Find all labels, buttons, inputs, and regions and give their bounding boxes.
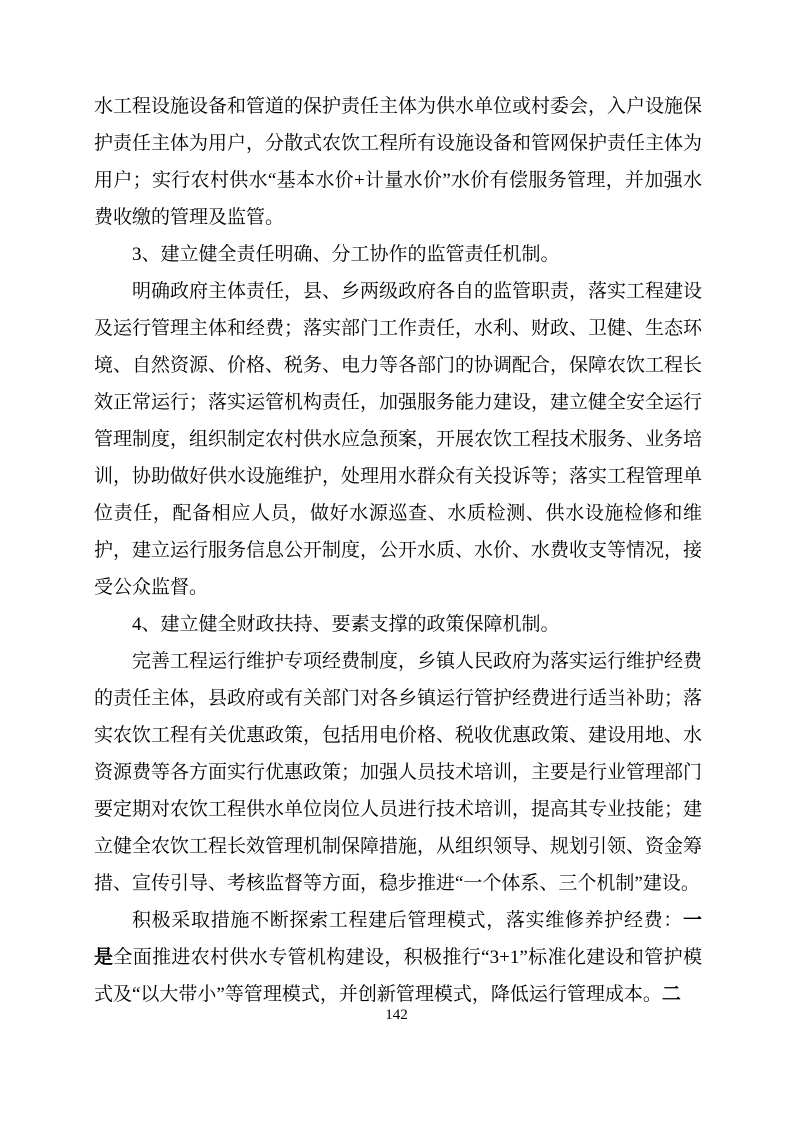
- bold-marker-second: 二: [662, 984, 681, 1005]
- page-number: 142: [0, 1005, 793, 1025]
- heading-section-4: 4、建立健全财政扶持、要素支撑的政策保障机制。: [94, 606, 702, 643]
- heading-section-3: 3、建立健全责任明确、分工协作的监管责任机制。: [94, 236, 702, 273]
- paragraph-text-lead: 积极采取措施不断探索工程建后管理模式，落实维修养护经费：: [132, 910, 683, 931]
- document-body: 水工程设施设备和管道的保护责任主体为供水单位或村委会，入户设施保护责任主体为用户…: [94, 88, 702, 1013]
- paragraph-text-body: 全面推进农村供水专管机构建设，积极推行“3+1”标准化建设和管护模式及“以大带小…: [94, 947, 702, 1005]
- paragraph-water-facility-responsibility: 水工程设施设备和管道的保护责任主体为供水单位或村委会，入户设施保护责任主体为用户…: [94, 88, 702, 236]
- document-page: 水工程设施设备和管道的保护责任主体为供水单位或村委会，入户设施保护责任主体为用户…: [0, 0, 793, 1122]
- paragraph-supervision-responsibility: 明确政府主体责任，县、乡两级政府各自的监管职责，落实工程建设及运行管理主体和经费…: [94, 273, 702, 606]
- paragraph-management-models: 积极采取措施不断探索工程建后管理模式，落实维修养护经费：一是全面推进农村供水专管…: [94, 902, 702, 1013]
- paragraph-policy-guarantee: 完善工程运行维护专项经费制度，乡镇人民政府为落实运行维护经费的责任主体，县政府或…: [94, 643, 702, 902]
